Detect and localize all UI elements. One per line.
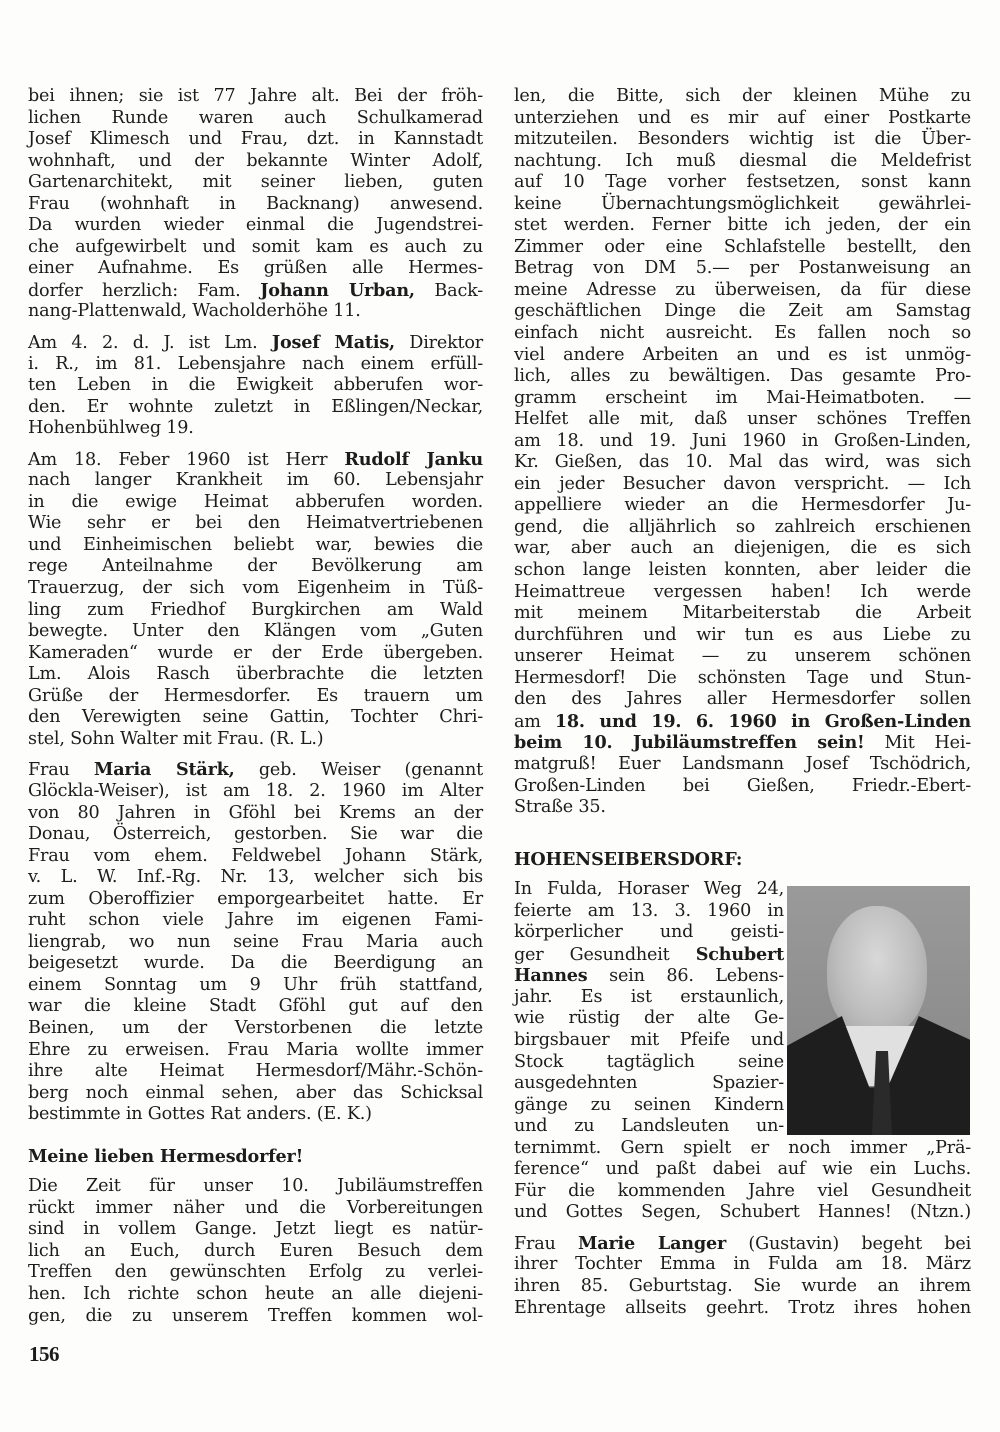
person-name-bold: Hannes bbox=[514, 965, 588, 986]
text-line: stel, Sohn Walter mit Frau. (R. L.) bbox=[28, 729, 483, 751]
text-line: war, aber auch an diejenigen, die es sic… bbox=[514, 538, 971, 560]
text-line: Die Zeit für unser 10. Jubiläumstreffen bbox=[28, 1176, 483, 1198]
text-run: ger Gesundheit bbox=[514, 945, 696, 965]
text-line: ternimmt. Gern spielt er noch immer „Prä… bbox=[514, 1138, 971, 1160]
text-line: stet werden. Ferner bitte ich jeden, der… bbox=[514, 215, 971, 237]
letter-heading: Meine lieben Hermesdorfer! bbox=[28, 1146, 483, 1168]
text-line: Betrag von DM 5.— per Postanweisung an bbox=[514, 258, 971, 280]
text-line: war die kleine Stadt Gföhl gut auf den bbox=[28, 996, 483, 1018]
text-line: den Verewigten seine Gattin, Tochter Chr… bbox=[28, 707, 483, 729]
text-line: lichen Runde waren auch Schulkamerad bbox=[28, 108, 483, 130]
paragraph-josef-matis: Am 4. 2. d. J. ist Lm. Josef Matis, Dire… bbox=[28, 332, 483, 440]
text-line: meine Adresse zu überweisen, da für dies… bbox=[514, 280, 971, 302]
text-line: gend, die alljährlich so zahlreich ersch… bbox=[514, 517, 971, 539]
text-line: rückt immer näher und die Vorbereitungen bbox=[28, 1198, 483, 1220]
text-run: am bbox=[514, 712, 555, 732]
person-name-bold: Marie Langer bbox=[578, 1233, 726, 1254]
event-name-bold: beim 10. Jubiläumstreffen sein! bbox=[514, 732, 865, 753]
text-line: Treffen den gewünschten Erfolg zu verlei… bbox=[28, 1262, 483, 1284]
text-line: Wie sehr er bei den Heimatvertriebenen bbox=[28, 513, 483, 535]
text-line: Trauerzug, der sich vom Eigenheim in Tüß… bbox=[28, 578, 483, 600]
text-line: am 18. und 19. 6. 1960 in Großen-Linden bbox=[514, 711, 971, 733]
paragraph-rudolf-janku: Am 18. Feber 1960 ist Herr Rudolf Janku … bbox=[28, 449, 483, 751]
text-line: auf 10 Tage vorher festsetzen, sonst kan… bbox=[514, 172, 971, 194]
text-line: feierte am 13. 3. 1960 in bbox=[514, 901, 784, 923]
text-line: nang-Plattenwald, Wacholderhöhe 11. bbox=[28, 301, 483, 323]
text-line: durchführen und wir tun es aus Liebe zu bbox=[514, 625, 971, 647]
text-run: Frau bbox=[514, 1234, 578, 1254]
text-line: Frau Maria Stärk, geb. Weiser (genannt bbox=[28, 759, 483, 781]
text-line: berg noch einmal sehen, aber das Schicks… bbox=[28, 1083, 483, 1105]
text-line: geschäftlichen Dinge die Zeit am Samstag bbox=[514, 301, 971, 323]
text-line: Donau, Österreich, gestorben. Sie war di… bbox=[28, 824, 483, 846]
text-line: und Gottes Segen, Schubert Hannes! (Ntzn… bbox=[514, 1202, 971, 1224]
text-line: nach langer Krankheit im 60. Lebensjahr bbox=[28, 470, 483, 492]
person-name-bold: Schubert bbox=[696, 944, 784, 965]
text-line: ten Leben in die Ewigkeit abberufen wor- bbox=[28, 375, 483, 397]
person-name-bold: Johann Urban, bbox=[260, 280, 415, 301]
text-line: Helfet alle mit, daß unser schönes Treff… bbox=[514, 409, 971, 431]
text-line: Stock tagtäglich seine bbox=[514, 1052, 784, 1074]
text-line: In Fulda, Horaser Weg 24, bbox=[514, 879, 784, 901]
text-line: körperlicher und geisti- bbox=[514, 922, 784, 944]
text-run: dorfer herzlich: Fam. bbox=[28, 281, 260, 301]
text-line: Zimmer oder eine Schlafstelle bestellt, … bbox=[514, 237, 971, 259]
text-line: Frau (wohnhaft in Backnang) anwesend. bbox=[28, 194, 483, 216]
text-line: Da wurden wieder einmal die Jugendstrei- bbox=[28, 215, 483, 237]
text-line: und Einheimischen beliebt war, bewies di… bbox=[28, 535, 483, 557]
text-line: am 18. und 19. Juni 1960 in Großen-Linde… bbox=[514, 431, 971, 453]
text-line: Frau Marie Langer (Gustavin) begeht bei bbox=[514, 1233, 971, 1255]
text-line: beigesetzt wurde. Da die Beerdigung an bbox=[28, 953, 483, 975]
text-line: zum Oberoffizier emporgearbeitet hatte. … bbox=[28, 889, 483, 911]
person-name-bold: Rudolf Janku bbox=[344, 449, 483, 470]
page-number: 156 bbox=[29, 1342, 59, 1367]
text-run: Direktor bbox=[395, 333, 483, 353]
person-name-bold: Josef Matis, bbox=[272, 332, 395, 353]
text-line: mitzuteilen. Besonders wichtig ist die Ü… bbox=[514, 129, 971, 151]
text-line: hen. Ich richte schon heute an alle diej… bbox=[28, 1284, 483, 1306]
event-date-bold: 18. und 19. 6. 1960 in Großen-Linden bbox=[555, 711, 971, 732]
text-line: Gartenarchitekt, mit seiner lieben, gute… bbox=[28, 172, 483, 194]
text-run: (Gustavin) begeht bei bbox=[726, 1234, 971, 1254]
text-line: in die ewige Heimat abberufen worden. bbox=[28, 492, 483, 514]
paragraph-jubilee-continued: len, die Bitte, sich der kleinen Mühe zu… bbox=[514, 86, 971, 819]
text-line: viel andere Arbeiten an und es ist unmög… bbox=[514, 345, 971, 367]
paragraph-urban-greeting: bei ihnen; sie ist 77 Jahre alt. Bei der… bbox=[28, 86, 483, 323]
text-line: Hermesdorf! Die schönsten Tage und Stun- bbox=[514, 668, 971, 690]
text-line: schon lange leisten konnten, aber leider… bbox=[514, 560, 971, 582]
text-line: liengrab, wo nun seine Frau Maria auch bbox=[28, 932, 483, 954]
text-line: Kameraden“ wurde er der Erde übergeben. bbox=[28, 643, 483, 665]
person-name-bold: Maria Stärk, bbox=[94, 759, 235, 780]
text-line: v. L. W. Inf.-Rg. Nr. 13, welcher sich b… bbox=[28, 867, 483, 889]
text-line: Hannes sein 86. Lebens- bbox=[514, 965, 784, 987]
text-line: ihre alte Heimat Hermesdorf/Mähr.-Schön- bbox=[28, 1061, 483, 1083]
text-line: birgsbauer mit Pfeife und bbox=[514, 1030, 784, 1052]
text-line: einem Sonntag um 9 Uhr früh stattfand, bbox=[28, 975, 483, 997]
section-heading-hohenseibersdorf: HOHENSEIBERSDORF: bbox=[514, 849, 971, 871]
text-line: ruht schon viele Jahre im eigenen Fami- bbox=[28, 910, 483, 932]
left-column: bei ihnen; sie ist 77 Jahre alt. Bei der… bbox=[28, 86, 483, 1327]
text-line: bewegte. Unter den Klängen vom „Guten bbox=[28, 621, 483, 643]
text-line: Ehrentage allseits geehrt. Trotz ihres h… bbox=[514, 1298, 971, 1320]
text-line: mit meinem Mitarbeiterstab die Arbeit bbox=[514, 603, 971, 625]
text-line: Am 18. Feber 1960 ist Herr Rudolf Janku bbox=[28, 449, 483, 471]
paragraph-jubilee-invitation: Die Zeit für unser 10. Jubiläumstreffen … bbox=[28, 1176, 483, 1327]
text-line: gramm erscheint im Mai-Heimatboten. — bbox=[514, 388, 971, 410]
text-line: Lm. Alois Rasch überbrachte die letzten bbox=[28, 664, 483, 686]
text-line: gen, die zu unserem Treffen kommen wol- bbox=[28, 1306, 483, 1328]
text-line: unserer Heimat — zu unserem schönen bbox=[514, 646, 971, 668]
text-line: Beinen, um der Verstorbenen die letzte bbox=[28, 1018, 483, 1040]
text-run: sein 86. Lebens- bbox=[588, 966, 784, 986]
text-line: einer Aufnahme. Es grüßen alle Hermes- bbox=[28, 258, 483, 280]
text-line: ihren 85. Geburtstag. Sie wurde an ihrem bbox=[514, 1276, 971, 1298]
text-line: einfach nicht ausreicht. Es fallen noch … bbox=[514, 323, 971, 345]
text-line: appelliere wieder an die Hermesdorfer Ju… bbox=[514, 495, 971, 517]
text-run: Frau bbox=[28, 760, 94, 780]
text-line: keine Übernachtungsmöglichkeit gewährlei… bbox=[514, 194, 971, 216]
text-line: Am 4. 2. d. J. ist Lm. Josef Matis, Dire… bbox=[28, 332, 483, 354]
text-line: Frau vom ehem. Feldwebel Johann Stärk, bbox=[28, 846, 483, 868]
text-line: che aufgewirbelt und somit kam es auch z… bbox=[28, 237, 483, 259]
text-line: ger Gesundheit Schubert bbox=[514, 944, 784, 966]
text-line: gänge zu seinen Kindern bbox=[514, 1095, 784, 1117]
magazine-page: bei ihnen; sie ist 77 Jahre alt. Bei der… bbox=[0, 0, 1000, 1432]
text-line: Ehre zu erweisen. Frau Maria wollte imme… bbox=[28, 1040, 483, 1062]
text-line: den. Er wohnte zuletzt in Eßlingen/Necka… bbox=[28, 397, 483, 419]
text-line: ein jeder Besucher davon verspricht. — I… bbox=[514, 474, 971, 496]
text-run: Am 18. Feber 1960 ist Herr bbox=[28, 450, 344, 470]
text-line: Josef Klimesch und Frau, dzt. in Kannsta… bbox=[28, 129, 483, 151]
paragraph-marie-langer: Frau Marie Langer (Gustavin) begeht bei … bbox=[514, 1233, 971, 1319]
text-run: Am 4. 2. d. J. ist Lm. bbox=[28, 333, 272, 353]
text-line: den des Jahres aller Hermesdorfer sollen bbox=[514, 689, 971, 711]
text-line: ference“ und paßt dabei auf wie ein Luch… bbox=[514, 1159, 971, 1181]
text-line: lich an Euch, durch Euren Besuch dem bbox=[28, 1241, 483, 1263]
text-line: Hohenbühlweg 19. bbox=[28, 418, 483, 440]
text-run: Mit Hei- bbox=[865, 733, 971, 753]
text-line: unterziehen und es mir auf einer Postkar… bbox=[514, 108, 971, 130]
text-line: dorfer herzlich: Fam. Johann Urban, Back… bbox=[28, 280, 483, 302]
paragraph-maria-staerk: Frau Maria Stärk, geb. Weiser (genannt G… bbox=[28, 759, 483, 1125]
text-line: jahr. Es ist erstaunlich, bbox=[514, 987, 784, 1009]
text-line: Glöckla-Weiser), ist am 18. 2. 1960 im A… bbox=[28, 781, 483, 803]
text-line: Kr. Gießen, das 10. Mal das wird, was si… bbox=[514, 452, 971, 474]
text-line: Grüße der Hermesdorfer. Es trauern um bbox=[28, 686, 483, 708]
text-line: wohnhaft, und der bekannte Winter Adolf, bbox=[28, 151, 483, 173]
text-run: Back- bbox=[415, 281, 483, 301]
text-line: len, die Bitte, sich der kleinen Mühe zu bbox=[514, 86, 971, 108]
text-line: Straße 35. bbox=[514, 797, 971, 819]
text-line: Für die kommenden Jahre viel Gesundheit bbox=[514, 1181, 971, 1203]
text-line: beim 10. Jubiläumstreffen sein! Mit Hei- bbox=[514, 732, 971, 754]
text-line: wie rüstig der alte Ge- bbox=[514, 1008, 784, 1030]
text-line: ling zum Friedhof Burgkirchen am Wald bbox=[28, 600, 483, 622]
text-line: von 80 Jahren in Gföhl bei Krems an der bbox=[28, 803, 483, 825]
text-line: i. R., im 81. Lebensjahre nach einem erf… bbox=[28, 354, 483, 376]
text-line: rege Anteilnahme der Bevölkerung am bbox=[28, 556, 483, 578]
text-line: sind in vollem Gange. Jetzt liegt es nat… bbox=[28, 1219, 483, 1241]
text-run: geb. Weiser (genannt bbox=[235, 760, 483, 780]
text-line: bestimmte in Gottes Rat anders. (E. K.) bbox=[28, 1104, 483, 1126]
text-line: bei ihnen; sie ist 77 Jahre alt. Bei der… bbox=[28, 86, 483, 108]
text-line: Großen-Linden bei Gießen, Friedr.-Ebert- bbox=[514, 776, 971, 798]
text-line: ausgedehnten Spazier- bbox=[514, 1073, 784, 1095]
portrait-photo bbox=[787, 886, 970, 1135]
text-line: nachtung. Ich muß diesmal die Meldefrist bbox=[514, 151, 971, 173]
text-line: lich, alles zu bewältigen. Das gesamte P… bbox=[514, 366, 971, 388]
text-line: matgruß! Euer Landsmann Josef Tschödrich… bbox=[514, 754, 971, 776]
text-line: Heimattreue vergessen haben! Ich werde bbox=[514, 582, 971, 604]
text-line: ihrer Tochter Emma in Fulda am 18. März bbox=[514, 1254, 971, 1276]
text-line: und zu Landsleuten un- bbox=[514, 1116, 784, 1138]
